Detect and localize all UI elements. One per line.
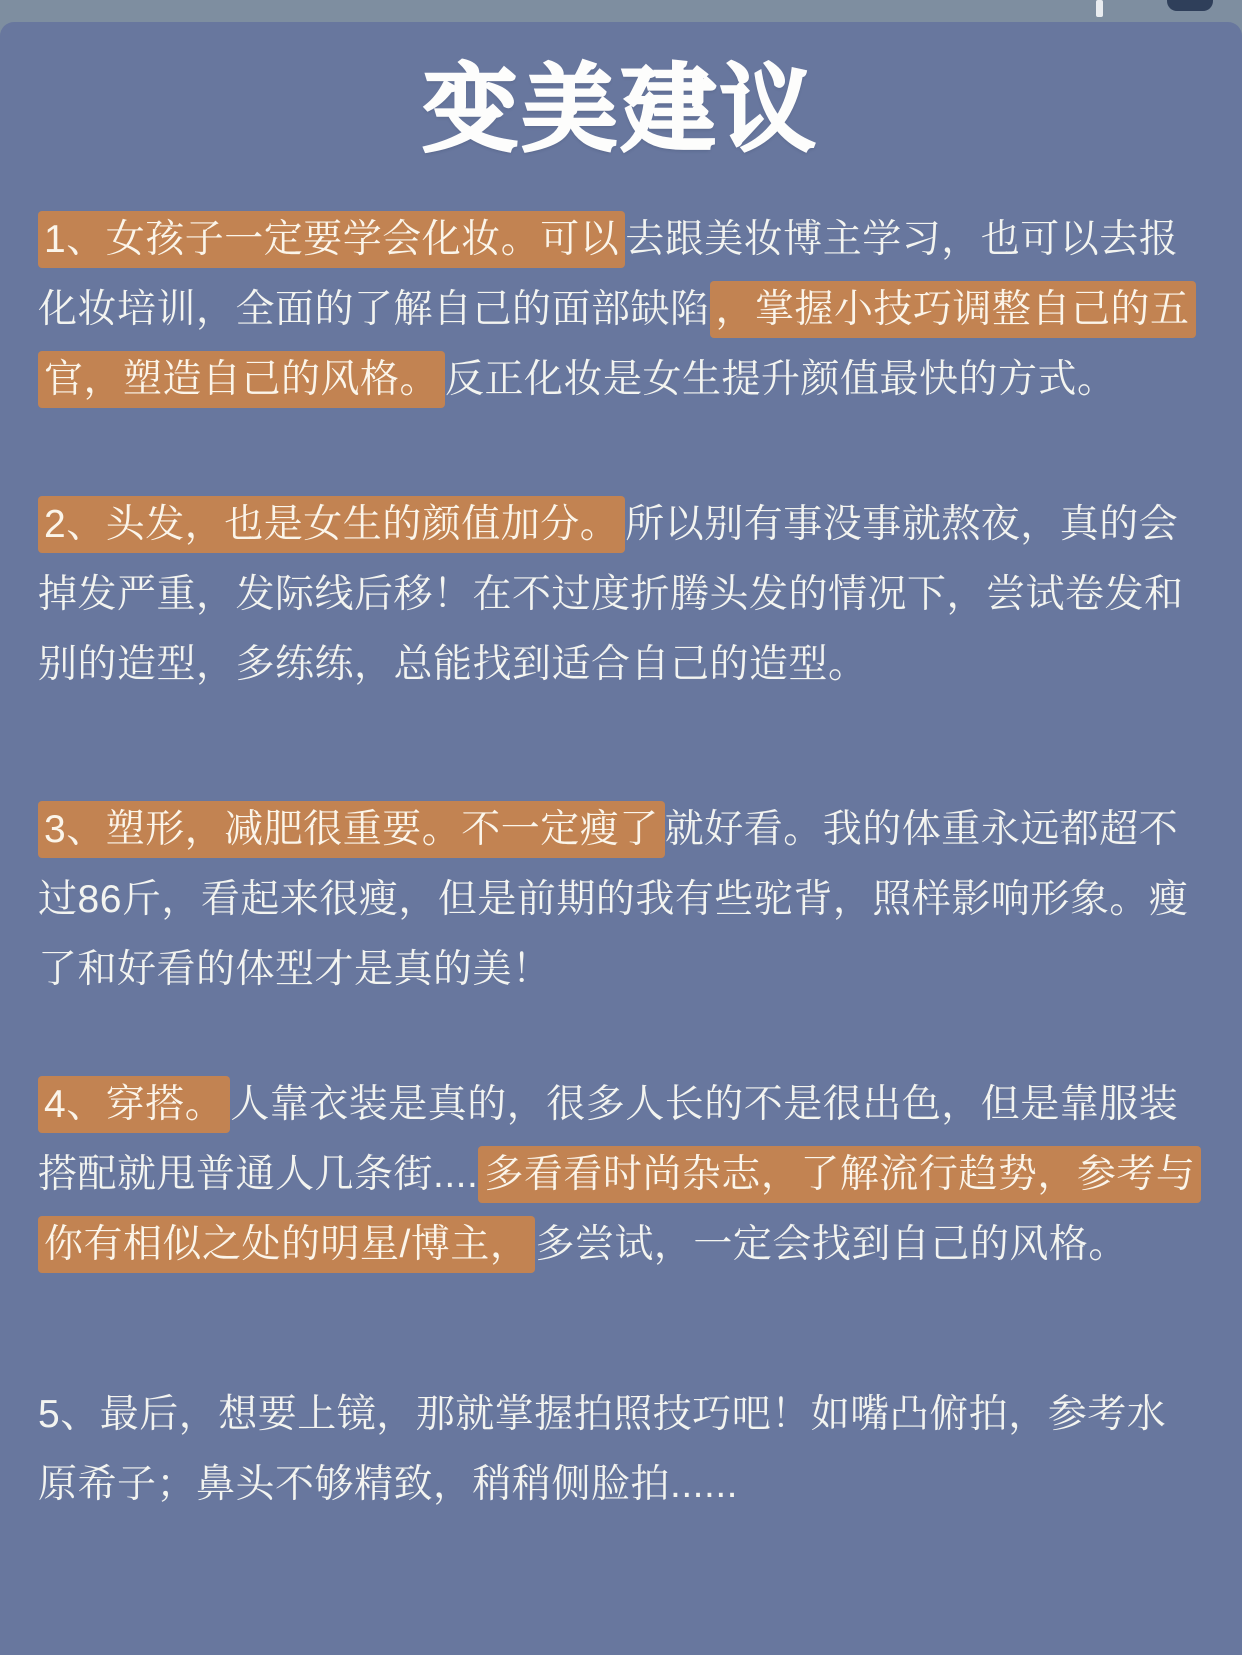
text-line: 5、最后，想要上镜，那就掌握拍照技巧吧！如嘴凸俯拍，参考水	[38, 1380, 1204, 1450]
text-run: 别的造型，多练练，总能找到适合自己的造型。	[38, 643, 868, 686]
text-line: 化妆培训，全面的了解自己的面部缺陷，掌握小技巧调整自己的五	[38, 275, 1204, 345]
text-run: 就好看。我的体重永远都超不	[665, 808, 1179, 851]
top-edge-white-tick-mark	[1096, 0, 1103, 17]
text-line: 1、女孩子一定要学会化妆。可以去跟美妆博主学习，也可以去报	[38, 205, 1204, 275]
highlighted-run: 1、女孩子一定要学会化妆。可以	[38, 211, 625, 268]
text-run: 所以别有事没事就熬夜，真的会	[625, 503, 1178, 546]
text-line: 搭配就甩普通人几条街....多看看时尚杂志，了解流行趋势，参考与	[38, 1140, 1204, 1210]
text-line: 原希子；鼻头不够精致，稍稍侧脸拍......	[38, 1450, 1204, 1520]
paragraph: 4、穿搭。人靠衣装是真的，很多人长的不是很出色，但是靠服装搭配就甩普通人几条街.…	[38, 1070, 1204, 1280]
text-line: 官，塑造自己的风格。反正化妆是女生提升颜值最快的方式。	[38, 345, 1204, 415]
text-line: 别的造型，多练练，总能找到适合自己的造型。	[38, 630, 1204, 700]
highlighted-run: 3、塑形，减肥很重要。不一定瘦了	[38, 801, 665, 858]
text-run: 多尝试，一定会找到自己的风格。	[535, 1223, 1128, 1266]
paragraph: 2、头发，也是女生的颜值加分。所以别有事没事就熬夜，真的会掉发严重，发际线后移！…	[38, 490, 1204, 700]
text-line: 4、穿搭。人靠衣装是真的，很多人长的不是很出色，但是靠服装	[38, 1070, 1204, 1140]
text-run: 5、最后，想要上镜，那就掌握拍照技巧吧！如嘴凸俯拍，参考水	[38, 1393, 1166, 1436]
paragraph: 5、最后，想要上镜，那就掌握拍照技巧吧！如嘴凸俯拍，参考水原希子；鼻头不够精致，…	[38, 1380, 1204, 1520]
paragraph: 3、塑形，减肥很重要。不一定瘦了就好看。我的体重永远都超不过86斤，看起来很瘦，…	[38, 795, 1204, 1005]
paragraph: 1、女孩子一定要学会化妆。可以去跟美妆博主学习，也可以去报化妆培训，全面的了解自…	[38, 205, 1204, 415]
text-line: 2、头发，也是女生的颜值加分。所以别有事没事就熬夜，真的会	[38, 490, 1204, 560]
top-edge-dark-notch	[1167, 0, 1213, 11]
text-line: 了和好看的体型才是真的美！	[38, 935, 1204, 1005]
text-line: 掉发严重，发际线后移！在不过度折腾头发的情况下，尝试卷发和	[38, 560, 1204, 630]
text-line: 过86斤，看起来很瘦，但是前期的我有些驼背，照样影响形象。瘦	[38, 865, 1204, 935]
text-run: 了和好看的体型才是真的美！	[38, 948, 552, 991]
highlighted-run: 多看看时尚杂志，了解流行趋势，参考与	[478, 1146, 1201, 1203]
text-run: 反正化妆是女生提升颜值最快的方式。	[445, 358, 1117, 401]
text-run: 人靠衣装是真的，很多人长的不是很出色，但是靠服装	[230, 1083, 1178, 1126]
page-title: 变美建议	[0, 22, 1242, 163]
text-line: 3、塑形，减肥很重要。不一定瘦了就好看。我的体重永远都超不	[38, 795, 1204, 865]
text-run: 化妆培训，全面的了解自己的面部缺陷	[38, 288, 710, 331]
highlighted-run: 2、头发，也是女生的颜值加分。	[38, 496, 625, 553]
text-line: 你有相似之处的明星/博主，多尝试，一定会找到自己的风格。	[38, 1210, 1204, 1280]
highlighted-run: 官，塑造自己的风格。	[38, 351, 445, 408]
text-run: 搭配就甩普通人几条街....	[38, 1153, 478, 1196]
highlighted-run: 4、穿搭。	[38, 1076, 230, 1133]
highlighted-run: 你有相似之处的明星/博主，	[38, 1216, 535, 1273]
content: 1、女孩子一定要学会化妆。可以去跟美妆博主学习，也可以去报化妆培训，全面的了解自…	[0, 205, 1242, 1520]
text-run: 去跟美妆博主学习，也可以去报	[625, 218, 1178, 261]
poster-card: 变美建议 1、女孩子一定要学会化妆。可以去跟美妆博主学习，也可以去报化妆培训，全…	[0, 22, 1242, 1655]
text-run: 过86斤，看起来很瘦，但是前期的我有些驼背，照样影响形象。瘦	[38, 878, 1188, 921]
text-run: 掉发严重，发际线后移！在不过度折腾头发的情况下，尝试卷发和	[38, 573, 1184, 616]
highlighted-run: ，掌握小技巧调整自己的五	[710, 281, 1196, 338]
text-run: 原希子；鼻头不够精致，稍稍侧脸拍......	[38, 1463, 738, 1506]
page-background: 变美建议 1、女孩子一定要学会化妆。可以去跟美妆博主学习，也可以去报化妆培训，全…	[0, 0, 1242, 1655]
